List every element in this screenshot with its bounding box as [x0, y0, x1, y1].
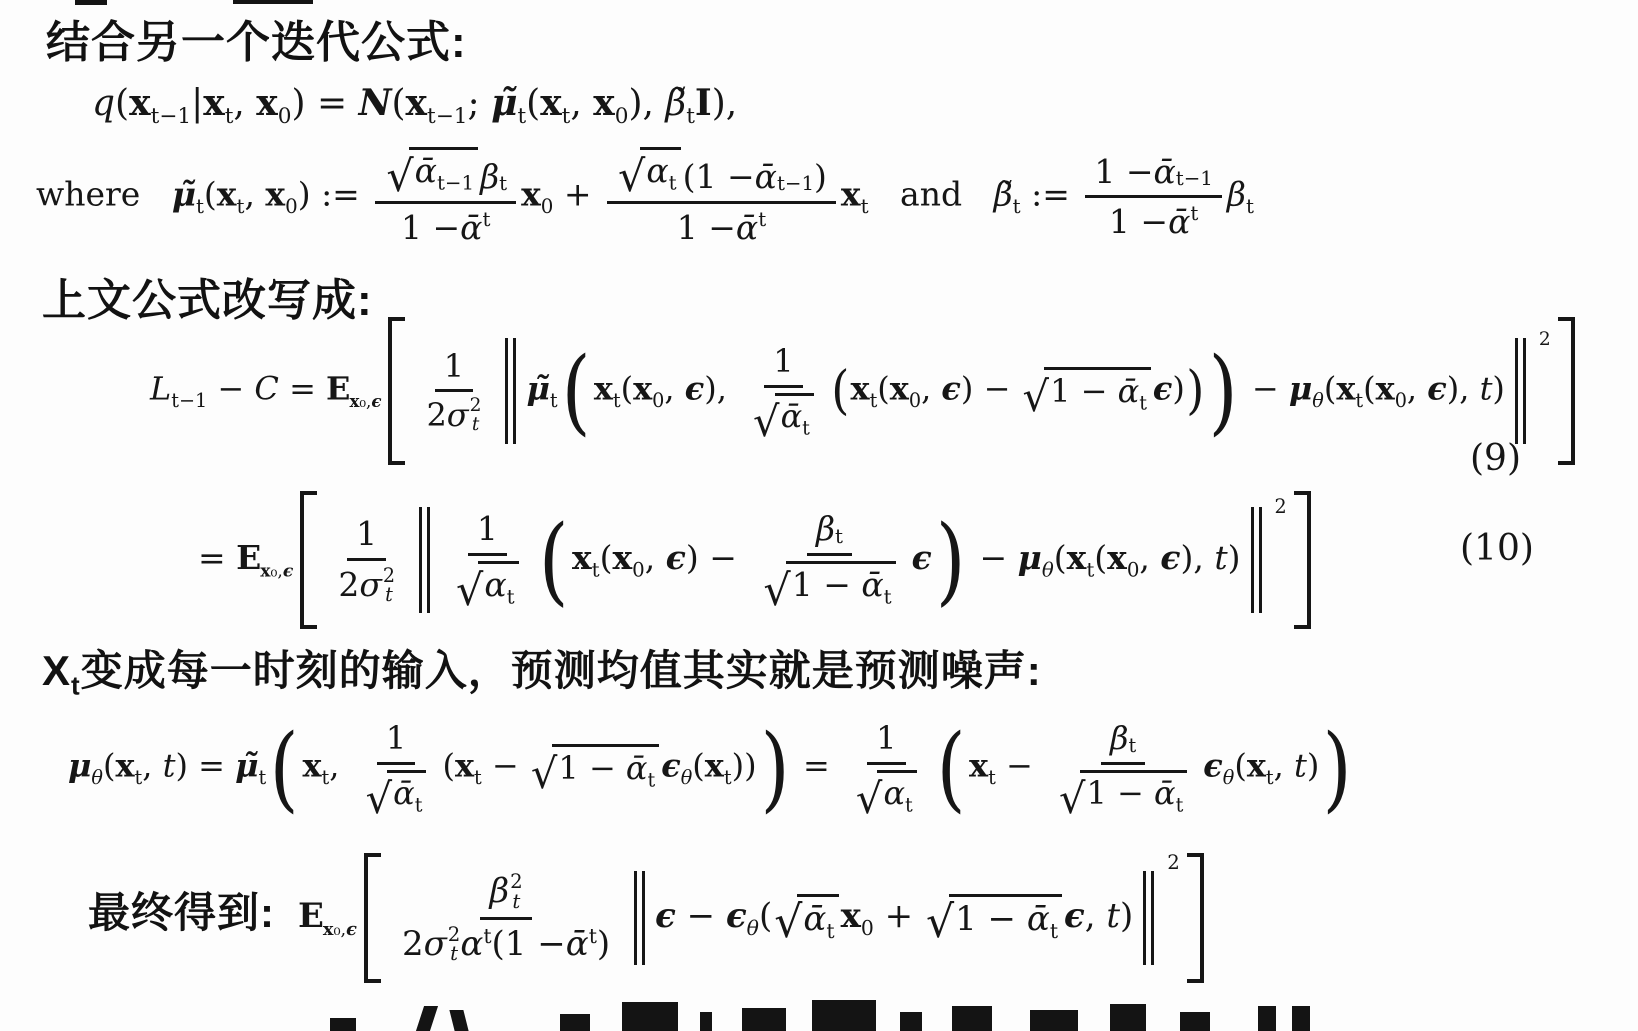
equation-final-objective: Ex₀,ϵβ2t2σ2tαt(1 − ᾱt)ϵ − ϵθ(√ᾱtx0 + √1 …	[298, 840, 1211, 996]
heading-xt-input-predict-noise: Xt变成每一时刻的输入，预测均值其实就是预测噪声:	[42, 638, 1042, 701]
heading-finally-obtain: 最终得到:	[88, 880, 275, 940]
heading-combine-iteration-formula: 结合另一个迭代公式:	[46, 6, 467, 70]
equation-mu-theta: μθ(xt, t) = μ̃t(xt, 1√ᾱt(xt − √1 − ᾱtϵθ(…	[68, 694, 1356, 842]
clipped-top-text-fragment	[233, 0, 313, 4]
equation-number-10: (10)	[1460, 528, 1534, 569]
equation-where-definitions: where μ̃t(xt, x0) := √ᾱt−1βt1 − ᾱtx0 + √…	[36, 138, 1254, 256]
equation-posterior-q: q(xt−1|xt, x0) = N(xt−1; μ̃t(xt, x0), β̃…	[92, 70, 737, 142]
equation-loss-10: = Ex₀,ϵ12σ2t1√αt(xt(x0, ϵ) − βt√1 − ᾱtϵ)…	[198, 490, 1318, 630]
clipped-top-text-fragment	[75, 0, 107, 5]
equation-number-9: (9)	[1470, 438, 1521, 479]
slide-page: 结合另一个迭代公式: q(xt−1|xt, x0) = N(xt−1; μ̃t(…	[0, 0, 1638, 1031]
heading-xt-text: 变成每一时刻的输入，预测均值其实就是预测噪声:	[81, 647, 1042, 694]
equation-loss-9: Lt−1 − C = Ex₀,ϵ12σ2tμ̃t(xt(x0, ϵ), 1√ᾱt…	[150, 318, 1582, 464]
heading-xt-symbol: X	[42, 647, 71, 694]
